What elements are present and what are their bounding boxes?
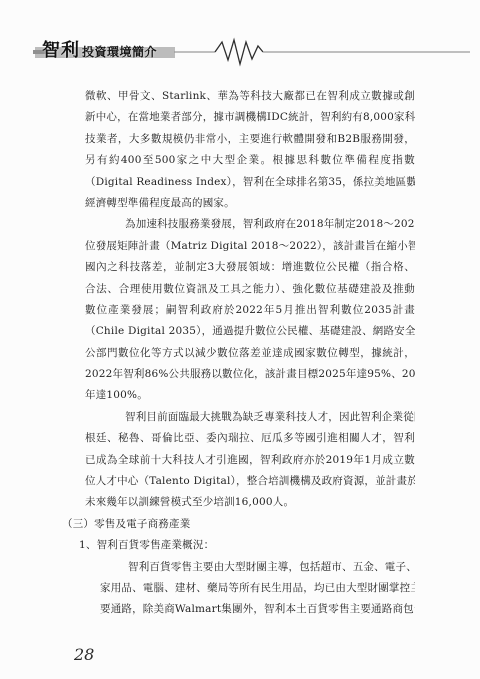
text-line-3: 技業者，大多數規模仍非常小，主要進行軟體開發和B2B服務開發，	[85, 129, 415, 150]
text-line-1: 微軟、甲骨文、Starlink、華為等科技大廠都已在智利成立數據或創	[85, 86, 415, 107]
text-line-12: （Chile Digital 2035），通過提升數位公民權、基礎建設、網路安全…	[85, 321, 415, 342]
text-line-11: 數位產業發展；嗣智利政府於2022年5月推出智利數位2035計畫	[85, 300, 415, 321]
document-page: { "header": { "title_main": "智利", "title…	[0, 0, 480, 679]
page-number: 28	[74, 645, 94, 664]
text-line-16: 智利目前面臨最大挑戰為缺乏專業科技人才，因此智利企業從阿	[85, 407, 415, 428]
text-line-9: 國內之科技落差，並制定3大發展領域：增進數位公民權（指合格、	[85, 257, 415, 278]
header-title-main: 智利	[42, 36, 80, 62]
chapter-header-title: 智利投資環境簡介	[42, 36, 157, 60]
text-line-13: 公部門數位化等方式以減少數位落差並達成國家數位轉型，據統計，	[85, 343, 415, 364]
text-line-21: （三）零售及電子商務產業	[62, 514, 415, 535]
body-text-block: 微軟、甲骨文、Starlink、華為等科技大廠都已在智利成立數據或創新中心，在當…	[85, 86, 415, 621]
text-line-7: 為加速科技服務業發展，智利政府在2018年制定2018～2022年數	[85, 214, 415, 235]
text-line-10: 合法、合理使用數位資訊及工具之能力）、強化數位基礎建設及推動	[85, 279, 415, 300]
header-title-sub: 投資環境簡介	[82, 43, 157, 60]
text-line-23: 智利百貨零售主要由大型財團主導，包括超市、五金、電子、居	[100, 557, 415, 578]
pulse-zigzag-icon	[215, 40, 263, 64]
text-line-14: 2022年智利86%公共服務以數位化，該計畫目標2025年達95%、2035	[85, 364, 415, 385]
text-line-15: 年達100%。	[85, 385, 415, 406]
text-line-2: 新中心，在當地業者部分，據市調機構IDC統計，智利約有8,000家科	[85, 107, 415, 128]
text-line-5: （Digital Readiness Index），智利在全球排名第35，係拉美…	[85, 172, 415, 193]
text-line-19: 位人才中心（Talento Digital），整合培訓機構及政府資源，並計畫於	[85, 471, 415, 492]
text-line-18: 已成為全球前十大科技人才引進國，智利政府亦於2019年1月成立數	[85, 450, 415, 471]
text-line-6: 經濟轉型準備程度最高的國家。	[85, 193, 415, 214]
heartbeat-rule-icon	[174, 36, 470, 70]
text-line-24: 家用品、電腦、建材、藥局等所有民生用品，均已由大型財團掌控主	[100, 578, 415, 599]
text-line-17: 根廷、秘魯、哥倫比亞、委內瑞拉、厄瓜多等國引進相關人才，智利	[85, 428, 415, 449]
text-line-22: 1、智利百貨零售產業概況：	[79, 535, 415, 556]
text-line-25: 要通路，除美商Walmart集團外，智利本土百貨零售主要通路商包含	[100, 599, 415, 620]
text-line-20: 未來幾年以訓練營模式至少培訓16,000人。	[85, 492, 415, 513]
text-line-4: 另有約400至500家之中大型企業。根據思科數位準備程度指數	[85, 150, 415, 171]
text-line-8: 位發展矩陣計畫（Matriz Digital 2018～2022），該計畫旨在縮…	[85, 236, 415, 257]
